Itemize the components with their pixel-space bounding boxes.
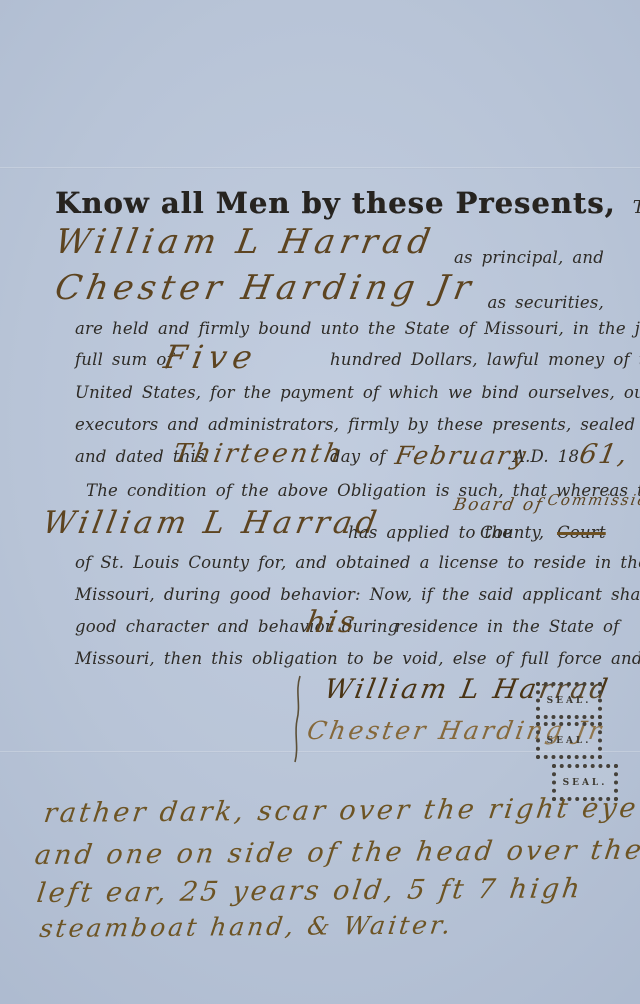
note-line-3: left ear, 25 years old, 5 ft 7 high [35,873,585,909]
body-line-bound: are held and firmly bound unto the State… [75,319,640,338]
struck-court-word: Court [557,523,606,542]
note-line-4: steamboat hand, & Waiter. [38,910,455,943]
ink-brace-mark [286,672,308,767]
surety-role-label: as securities, [488,293,605,312]
seal-surety: SEAL. [536,722,602,759]
document-heading: Know all Men by these Presents, That We. [55,186,640,220]
heading-blackletter: Know all Men by these Presents, [55,186,616,220]
principal-name-handwritten: William L Harrad [52,222,438,262]
dated-mid-text: day of [330,447,386,466]
insertion-board-of-handwritten: Board of [452,495,545,515]
county-word-text: County, [480,523,544,542]
body-line-united-states: United States, for the payment of which … [75,383,640,402]
applicant-row: William L Harrad has applied to the Boar… [40,503,640,553]
seal-label: SEAL. [563,778,608,788]
seal-label: SEAL. [547,696,592,706]
paper-fold-crease-top [0,167,640,169]
year-printed-text: A.D. 18 [513,447,579,466]
note-line-1: rather dark, scar over the right eye [42,793,640,829]
heading-script-that-we: That We. [633,197,640,218]
seal-principal: SEAL. [536,682,602,719]
sum-post-text: hundred Dollars, lawful money of the [330,350,640,369]
year-handwritten: 61, [577,439,631,470]
scanned-document-page: Know all Men by these Presents, That We.… [0,0,640,1004]
body-line-executors: executors and administrators, firmly by … [75,415,640,434]
seal-label: SEAL. [547,736,592,746]
month-handwritten: February [393,441,530,470]
day-handwritten: Thirteenth [171,439,346,469]
his-handwritten: his [303,605,359,640]
body-line-license: of St. Louis County for, and obtained a … [75,553,640,572]
body-line-behavior: Missouri, during good behavior: Now, if … [75,585,640,604]
insertion-commissioners-handwritten: Commissione [546,491,640,509]
amount-handwritten: Five [161,338,261,376]
residence-post-text: residence in the State of [395,617,619,636]
applicant-name-handwritten: William L Harrad [40,505,383,541]
note-line-2: and one on side of the head over the [33,835,640,871]
body-line-virtue: Missouri, then this obligation to be voi… [75,649,640,668]
surety-name-handwritten: Chester Harding Jr [52,268,479,308]
principal-role-label: as principal, and [454,248,604,267]
sum-pre-text: full sum of [75,350,173,369]
